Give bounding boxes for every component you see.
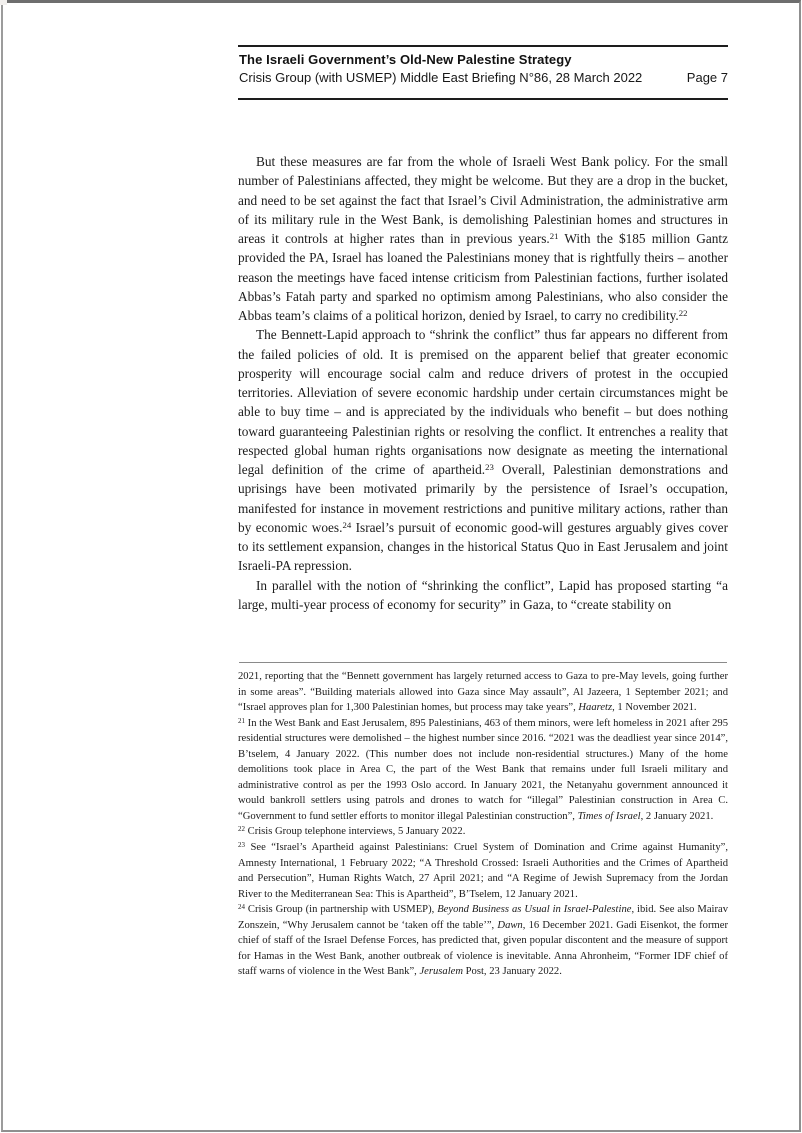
page-number: Page 7: [687, 69, 728, 86]
footnote-21: 21 In the West Bank and East Jerusalem, …: [238, 716, 728, 825]
document-subtitle: Crisis Group (with USMEP) Middle East Br…: [239, 69, 642, 86]
header-top-rule: [238, 45, 728, 47]
paragraph: The Bennett-Lapid approach to “shrink th…: [238, 325, 728, 575]
document-viewer: { "header": { "title": "The Israeli Gove…: [0, 0, 802, 1133]
footnote-separator: [239, 662, 727, 663]
header-row: Crisis Group (with USMEP) Middle East Br…: [239, 69, 728, 86]
paragraph: In parallel with the notion of “shrinkin…: [238, 576, 728, 615]
body-text: But these measures are far from the whol…: [238, 152, 728, 650]
footnote-continuation: 2021, reporting that the “Bennett govern…: [238, 669, 728, 716]
footnotes: 2021, reporting that the “Bennett govern…: [238, 669, 728, 1099]
footnote-24: 24 Crisis Group (in partnership with USM…: [238, 902, 728, 980]
footnote-23: 23 See “Israel’s Apartheid against Pales…: [238, 840, 728, 902]
footnote-22: 22 Crisis Group telephone interviews, 5 …: [238, 824, 728, 840]
document-title: The Israeli Government’s Old-New Palesti…: [239, 51, 728, 68]
page-corner-chip: [0, 0, 7, 5]
header-bottom-rule: [238, 98, 728, 100]
paragraph: But these measures are far from the whol…: [238, 152, 728, 325]
